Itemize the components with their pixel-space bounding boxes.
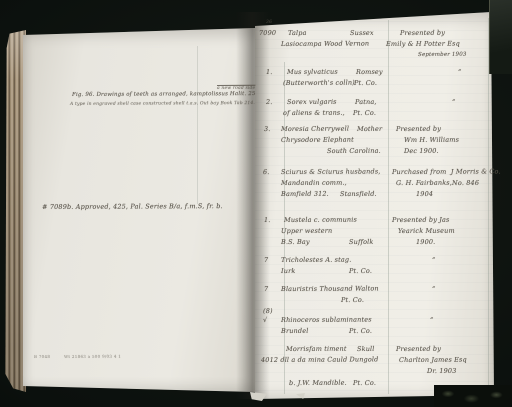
hw-right_page-e3-acq2: Wm H. Williams [404, 137, 459, 144]
hw-right_page-e4-acq: Purchased from J Morris & Co. [392, 168, 501, 176]
page-edge-stack [4, 30, 26, 392]
hw-right_page-e9-loc: Skull [357, 346, 375, 353]
hw-right_page-e2-no: 2. [266, 99, 273, 106]
hw-right_page-e4-name3b: Stansfield. [340, 191, 377, 198]
hw-right_page-e4-no: 6. [263, 169, 270, 176]
hw-right_page-e7-name: Blauristris Thousand Walton [281, 285, 379, 293]
hw-right_page-e7-no: 7 [264, 286, 268, 293]
column-rule [197, 46, 198, 204]
hw-right_page-e1-name: Mus sylvaticus [287, 69, 338, 76]
hw-right_page-e9-acq3: Dr. 1903 [427, 368, 457, 375]
hw-right_page-e8-name2: Brundel [281, 328, 308, 335]
hw-right_page-e2-loc2: Pt. Co. [353, 110, 376, 117]
hw-left_page-note_line1: Fig. 96. Drawings of teeth as arranged, … [72, 91, 256, 98]
hw-right_page-e1-loc: Romsey [356, 69, 383, 76]
hw-right_page-e3-name3: South Carolina. [327, 148, 381, 155]
hw-right_page-e4-name2: Mandandin comm., [281, 180, 347, 187]
hw-right_page-e9-name2: 4012 dll a da mina Cauld Dungold [261, 356, 378, 364]
hw-right_page-e2-loc: Patna, [355, 99, 377, 106]
hw-right_page-e7-loc2: Pt. Co. [341, 297, 364, 304]
hw-right_page-header-loc: Sussex [350, 30, 374, 37]
hw-right_page-e6-name: Tricholestes A. stag. [281, 257, 351, 265]
hw-right_page-e1-no: 1. [266, 69, 273, 76]
hw-right_page-header-name: Talpa [288, 30, 307, 37]
column-rule [388, 20, 389, 394]
hw-right_page-e1-loc2: Pt. Co. [354, 80, 377, 87]
hw-right_page-header-acq2: Emily & H Potter Esq [386, 41, 460, 49]
hw-right_page-e5-name2: Upper western [281, 228, 332, 235]
hw-right_page-e6-acq: ” [432, 257, 436, 264]
hw-right_page-e4-name: Sciurus & Sciurus husbands, [281, 168, 381, 176]
hw-right_page-e5-loc3: Suffolk [349, 239, 373, 246]
hw-right_page-e4-name3: Bamfield 312. [281, 191, 329, 198]
hw-right_page-e3-acq: Presented by [396, 126, 441, 133]
hw-right_page-e4-acq2: G. H. Fairbanks, [396, 180, 452, 187]
hw-left_page-entry: # 7089b. Approved, 425, Pal. Series B/a,… [42, 203, 223, 211]
hw-right_page-e3-name2: Chrysodore Elephant [281, 137, 354, 145]
hw-right_page-e5-acq: Presented by Jas [392, 217, 450, 224]
hw-right_page-e9-name: Morrisfam timent [286, 346, 347, 353]
hw-right_page-header-acq: Presented by [400, 30, 445, 37]
hw-right_page-e2-name2: of aliens & trans., [283, 110, 345, 117]
hw-right_page-e3-name: Moresia Cherrywell [281, 126, 349, 133]
hw-right_page-e8-no: √ [263, 317, 267, 324]
hw-right_page-e9-acq: Presented by [396, 346, 441, 353]
hw-right_page-e1-acq: ” [458, 69, 462, 76]
hw-right_page-e1-name2: (Butterworth's colln) [283, 80, 355, 88]
hw-right_page-e6-name2: Iurk [281, 268, 295, 275]
hw-right_page-e5-acq3: 1900. [416, 239, 435, 246]
hw-right_page-folio_small: 36 [266, 21, 272, 26]
hw-right_page-e3-acq3: Dec 1900. [404, 148, 439, 155]
hw-right_page-folio_no: 7090 [259, 30, 276, 37]
gutter-shadow [236, 12, 270, 399]
hw-right_page-e6-no: 7 [264, 257, 268, 264]
hw-right_page-e2-name: Sorex vulgaris [287, 99, 337, 106]
hw-right_page-e4-acq2b: No. 846 [452, 180, 479, 187]
hw-right_page-e5-name3: B.S. Bay [281, 239, 310, 246]
hw-right_page-header-acq3: September 1903 [418, 52, 467, 58]
hw-right_page-e6-loc2: Pt. Co. [349, 268, 372, 275]
hw-right_page-e8-acq: ” [430, 317, 434, 324]
hw-right_page-e3-loc: Mother [357, 126, 382, 133]
hw-right_page-e9-name4: b. J.W. Mandible. [289, 380, 347, 387]
hw-right_page-e7-note: (8) [263, 308, 273, 315]
book-cover-corner [489, 0, 512, 74]
hw-left_page-printer_right: Wt 21863 a 500 9/03 4 1 [64, 355, 121, 360]
hw-right_page-header-name2: Lasiocampa Wood Vernon [281, 41, 369, 49]
hw-right_page-e9-loc4: Pt. Co. [353, 380, 376, 387]
hw-left_page-note_line1_small: a new road side [217, 87, 255, 92]
hw-right_page-e4-acq3: 1904 [416, 191, 433, 198]
column-rule [488, 18, 489, 392]
page-ripple-corner [434, 385, 512, 407]
register-photo: Fig. 96. Drawings of teeth as arranged, … [0, 0, 512, 407]
hw-right_page-e2-acq: ” [452, 99, 456, 106]
hw-right_page-e9-acq2: Charlton James Esq [399, 357, 467, 364]
hw-right_page-e8-name: Rhinoceros sublaminantes [281, 317, 372, 325]
hw-right_page-e5-no: 1. [264, 217, 271, 224]
hw-right_page-e8-loc2: Pt. Co. [349, 328, 372, 335]
hw-left_page-printer_left: B 7048 [34, 355, 50, 359]
hw-right_page-e7-acq: ” [432, 286, 436, 293]
hw-left_page-note_line2: A type in engraved shell case constructe… [70, 102, 255, 108]
hw-right_page-e3-no: 3. [264, 126, 271, 133]
hw-right_page-e5-name: Mustela c. communis [284, 217, 357, 225]
hw-right_page-e5-acq2: Yearick Museum [398, 228, 455, 235]
